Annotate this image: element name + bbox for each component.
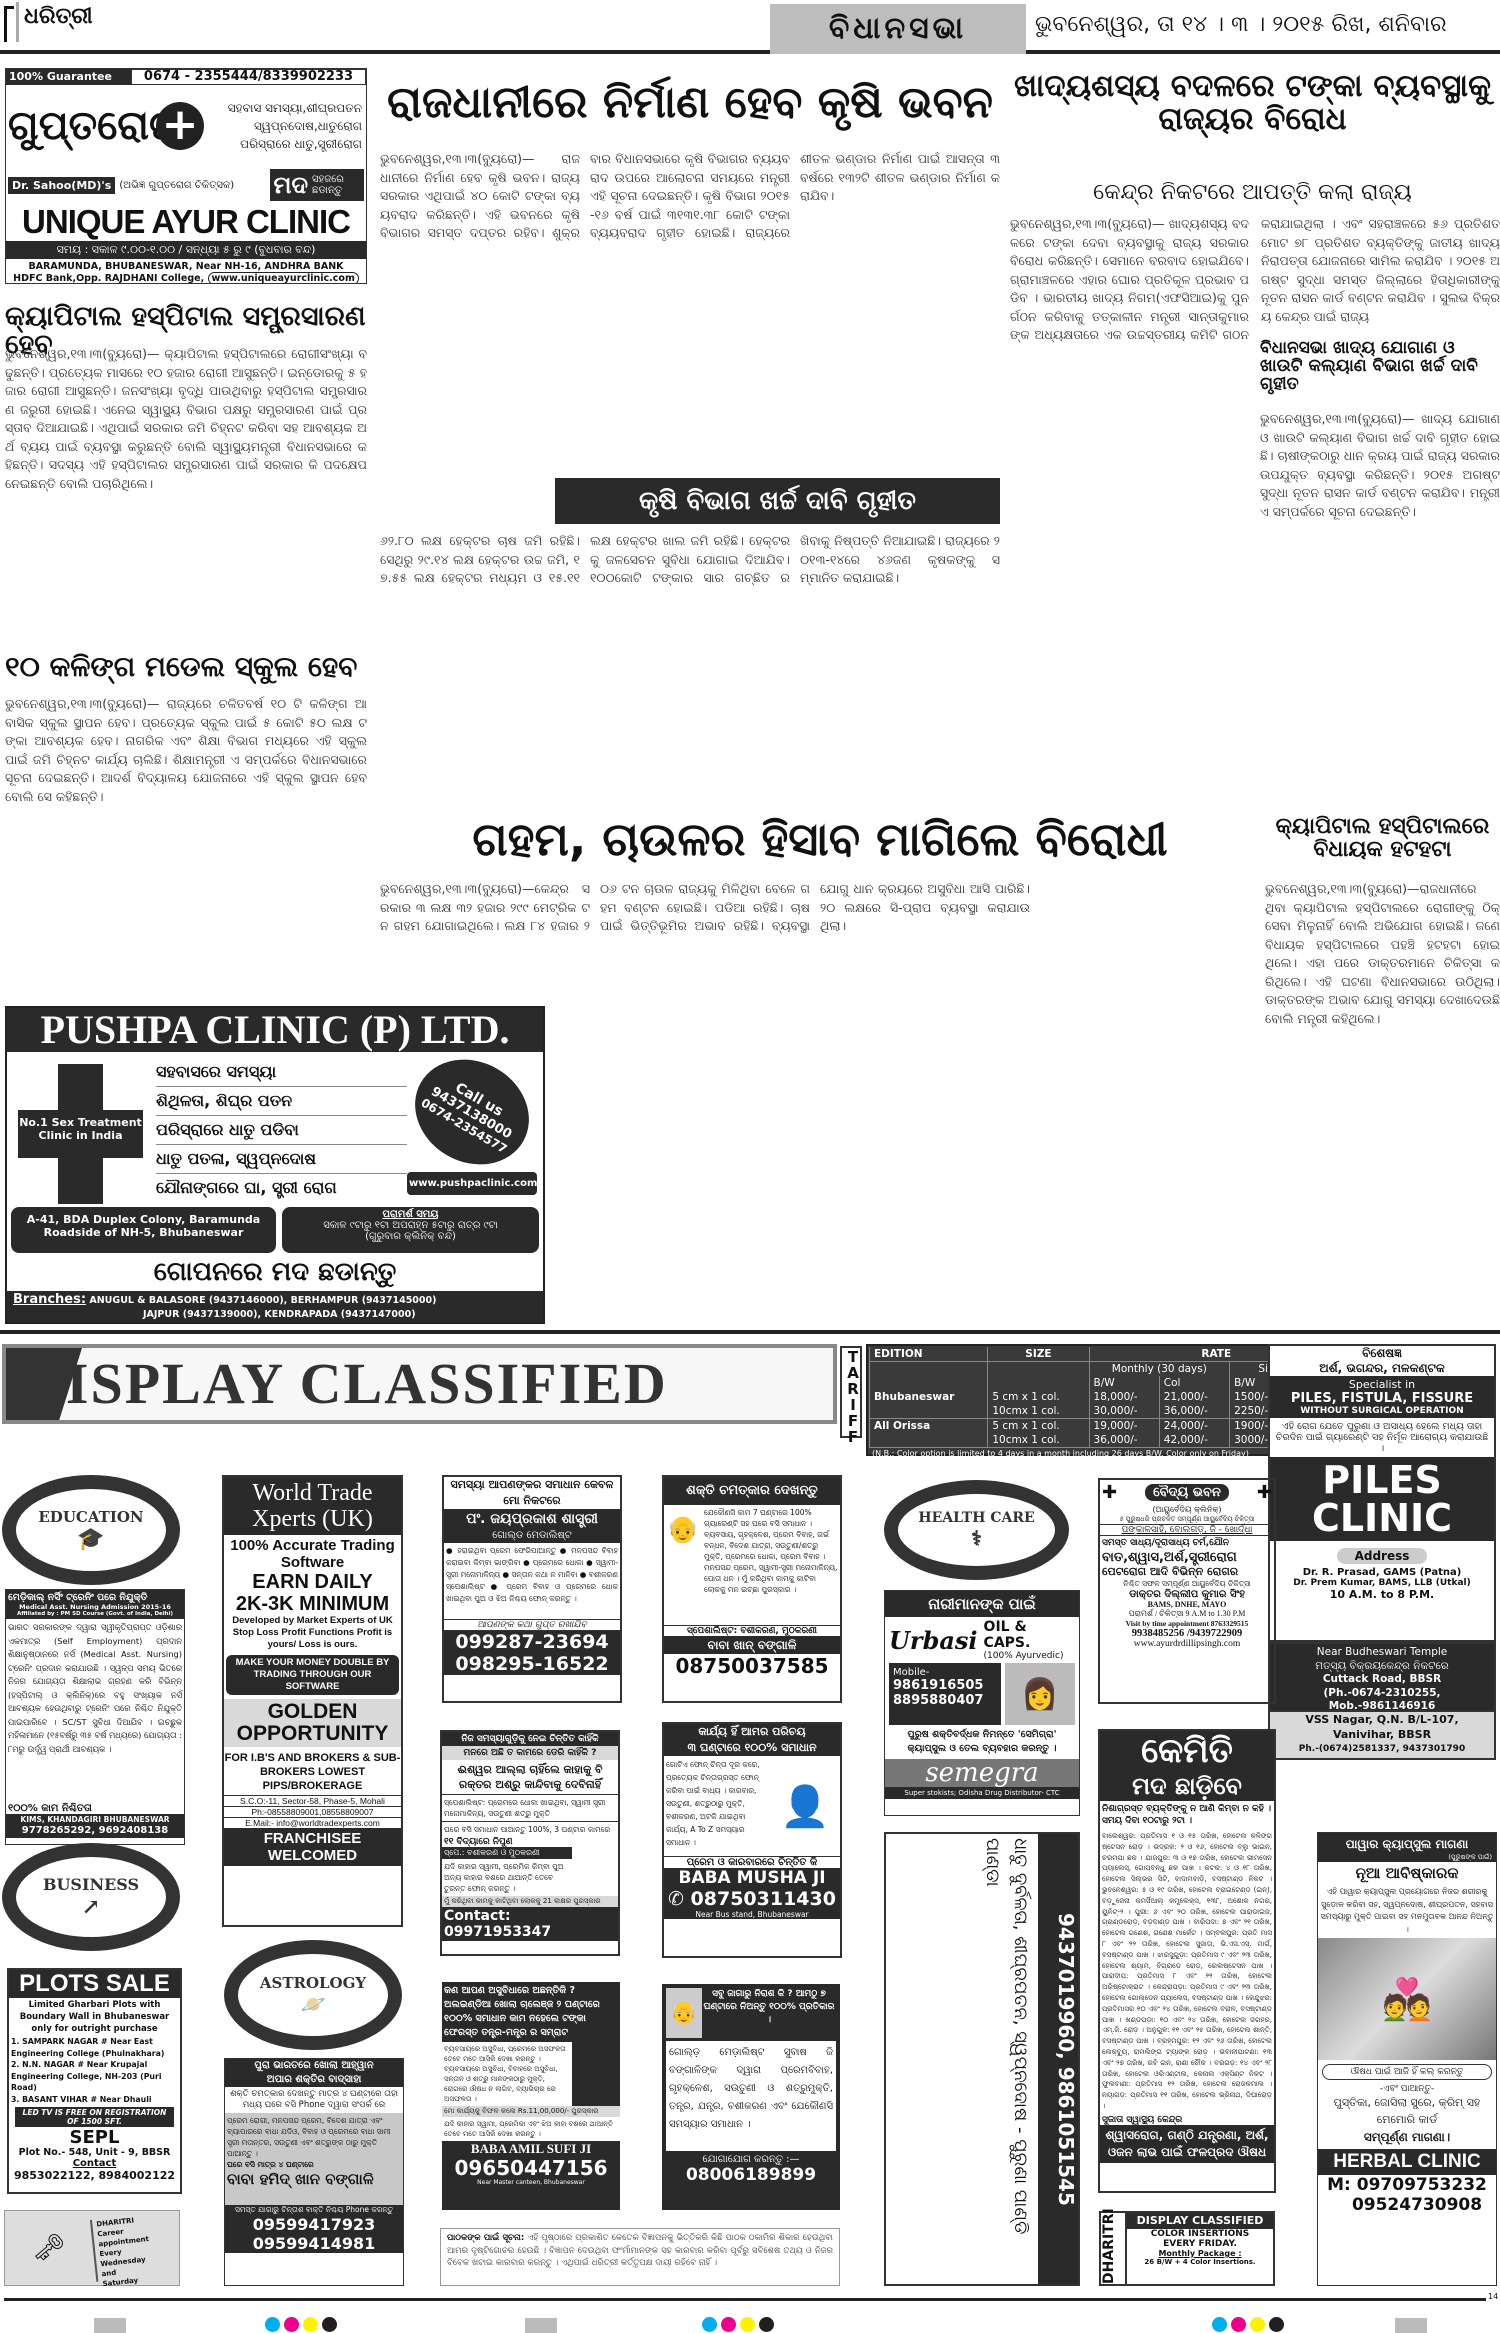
subtitle-1: (ଆୟୁର୍ବେଦିୟ କ୍ଲିନିକ୍) <box>1100 1505 1274 1515</box>
vss-line: Vanivihar, BBSR <box>1270 1727 1494 1742</box>
footer-rule <box>4 2298 1486 2301</box>
cmyk-dots <box>702 2317 774 2332</box>
cell: 30,000/- <box>1089 1404 1159 1419</box>
woman-photo-icon: 👩 <box>1005 1663 1075 1725</box>
title: PUSHPA CLINIC (P) LTD. <box>7 1008 543 1052</box>
slogan: ଗୋପନରେ ମଦ ଛଡାନ୍ତୁ <box>7 1253 543 1291</box>
ad-line: ବିଶେଷଜ୍ଞ <box>1270 1346 1494 1361</box>
ad-line: Specialist in <box>1272 1378 1492 1391</box>
body: ବ୍ୟବସାୟରେ ଅସୁବିଧା, ପ୍ରେମରେ ଅସଫଳତା ତେବେ ମ… <box>442 2042 572 2106</box>
headline-food-grain: ଖାଦ୍ୟଶସ୍ୟ ବଦଳରେ ଟଙ୍କା ବ୍ୟବସ୍ଥାକୁ ରାଜ୍ୟର … <box>1005 70 1500 135</box>
product: OIL & CAPS. <box>984 1619 1075 1651</box>
intro: ନିଶାଗ୍ରସ୍ତ ବ୍ୟକ୍ତିଙ୍କୁ ନ ଆଣି କିମ୍ବା ନ କହ… <box>1100 1801 1274 1829</box>
article-capital-hospital-mla: ଭୁବନେଶ୍ୱର,୧୩।୩(ବ୍ୟୁରୋ)—ରାଜଧାନୀରେ ଥିବା କ୍… <box>1265 880 1500 1310</box>
caduceus-icon: ⚕ <box>971 1526 982 1550</box>
name: BABA AMIL SUFI JI <box>442 2141 620 2157</box>
piles-vss-address: VSS Nagar, Q.N. B/L-107, Vanivihar, BBSR… <box>1268 1712 1496 1760</box>
dateline: ଭୁବନେଶ୍ୱର, ତା ୧୪ । ୩ । ୨୦୧୫ ରିଖ, ଶନିବାର <box>1035 12 1447 37</box>
th-edition: EDITION <box>870 1347 988 1362</box>
cmyk-dots <box>265 2317 337 2332</box>
mobile-label: Mobile- <box>893 1667 997 1678</box>
line-3: Monthly Package : <box>1127 2249 1273 2258</box>
cell: 24,000/- <box>1159 1419 1229 1434</box>
body: ବାଲେଶ୍ୱର: ପ୍ରତିମାସ ୧ ଓ ୧୫ ତାରିଖ, ହୋଟେଲ କ… <box>1100 1829 1274 2115</box>
title-sub: (ପୁରୁଷଙ୍କ ପାଇଁ) <box>1318 1853 1496 1862</box>
emblem-label: HEALTH CARE <box>918 1510 1034 1526</box>
title-1: ପୁରା ଭାରତରେ ଖୋଲା ଆହ୍ୱାନ <box>225 2059 403 2073</box>
registration-swatch <box>94 2318 126 2333</box>
subtitle: ମଦ ଛାଡ଼ିବେ <box>1100 1771 1274 1801</box>
ad-line: ସ୍ୱପ୍ନଦୋଷ,ଧାତୁରୋଗ <box>208 117 362 135</box>
cell: 5 cm x 1 col. <box>988 1390 1089 1404</box>
phone-2: 09524730908 <box>1318 2195 1496 2215</box>
cell: 42,000/- <box>1159 1433 1229 1447</box>
phone-2: 098295-16522 <box>444 1653 620 1675</box>
body: ଏହି ପାୱାର କ୍ୟାପ୍‌ସୁଲ ପ୍ରୟୋଗରେ ନିଜର ଶରୀରକ… <box>1318 1884 1496 1938</box>
phone: Contact: 09971953347 <box>442 1907 618 1941</box>
cell: 10cmx 1 col. <box>988 1404 1089 1419</box>
banner-display-classified: DISPLAY CLASSIFIED <box>2 1344 837 1424</box>
article-capital-hospital: ଭୁବନେଶ୍ୱର,୧୩।୩(ବ୍ୟୁରୋ)— କ୍ୟାପିଟାଲ ହସ୍ପିଟ… <box>5 345 367 645</box>
cell: 10cmx 1 col. <box>988 1433 1089 1447</box>
line-1: ସମସ୍ତ ସାଧ୍ୟ/ଦୂରାସାଧ୍ୟ ଚର୍ମ,ଯୌନ <box>1100 1536 1274 1550</box>
reader-notice: ପାଠକଙ୍କ ପାଇଁ ସୂଚନା: ଏହି ପୃଷ୍ଠାରେ ପ୍ରକାଶି… <box>440 2228 840 2286</box>
specialist: ସ୍ପେଶାଲିଷ୍ଟ: ପ୍ରେମରେ ଧୋକା ଖାଇଥିବା, ସ୍ୱାମ… <box>442 1794 618 1821</box>
th-bw: B/W <box>1089 1376 1159 1390</box>
header-divider <box>16 2 19 42</box>
subhead-krushi-expense: କୃଷି ବିଭାଗ ଖର୍ଚ୍ଚ ଦାବି ଗୃହୀତ <box>555 478 1000 524</box>
saint-portrait-icon: 👴 <box>664 1505 702 1555</box>
branches-label: Branches: <box>13 1292 86 1307</box>
th-monthly: Monthly (30 days) <box>1089 1362 1230 1377</box>
planets-icon: 🪐 <box>301 1992 326 2016</box>
th-col: Col <box>1159 1376 1229 1390</box>
location: Near Bus stand, Bhubaneswar <box>664 1910 840 1919</box>
article-food-expense: ଭୁବନେଶ୍ୱର,୧୩।୩(ବ୍ୟୁରୋ)— ଖାଦ୍ୟ ଯୋଗାଣ ଓ ଖା… <box>1260 410 1500 790</box>
ad-piles-clinic: ବିଶେଷଜ୍ଞ ଅର୍ଶ, ଭଗନ୍ଦର, ମଳକଣ୍ଟକ Specialis… <box>1268 1344 1496 1642</box>
title: ପାୱାର କ୍ୟାପ୍‌ସୁଲ ମାଗଣା <box>1318 1833 1496 1853</box>
ad-baba-musha-ji: କାର୍ଯ୍ୟ ହିଁ ଆମର ପରିଚୟ ୩ ଘଣ୍ଟାରେ ୧୦୦% ସମା… <box>662 1722 842 1958</box>
title-piles: PILES <box>1270 1461 1494 1499</box>
ad-baba-khan-bangali: ଶକ୍ତି ଚମତ୍କାର ଦେଖନ୍ତୁ 👴 ଯେକୌଣସି କାମ 7 ଘଣ… <box>662 1475 842 1703</box>
ad-line: ଧାତୁ ପତଳା, ସ୍ୱପ୍ନଦୋଷ <box>156 1145 407 1174</box>
section-title: ବିଧାନସଭା <box>770 4 1026 54</box>
contact-label: ଯୋଗାଯୋଗ କରନ୍ତୁ :— <box>666 2154 836 2165</box>
ad-kemiti-mada: କେମିତି ମଦ ଛାଡ଼ିବେ ନିଶାଗ୍ରସ୍ତ ବ୍ୟକ୍ତିଙ୍କୁ… <box>1098 1729 1276 2193</box>
ad-line: ଯୌନାଙ୍ଗରେ ଘା, ସ୍ତ୍ରୀ ରୋଗ <box>156 1174 407 1202</box>
cell: Bhubaneswar <box>870 1390 988 1404</box>
guarantee-label: 100% Guarantee <box>6 69 131 85</box>
ad-body: ଏହି ରୋଗ ଯେତେ ପୁରୁଣା ଓ ଅସାଧ୍ୟ ହେଲେ ମଧ୍ୟ ତ… <box>1270 1418 1494 1457</box>
location: Near Master canteen, Bhubaneswar <box>442 2179 620 2186</box>
consult-closed: (ଗୁରୁବାର କ୍ଲିନିକ୍ ବନ୍ଦ) <box>284 1231 537 1242</box>
and-text: -ଏବଂ ପାଆନ୍ତୁ- <box>1318 2084 1496 2094</box>
couple-photo-icon: 💑 <box>1318 1938 1496 2060</box>
section-rule <box>0 1330 1500 1334</box>
cyan-dot <box>265 2317 280 2332</box>
website-link[interactable]: www.uniqueayurclinic.com <box>208 272 359 284</box>
product-sub: (100% Ayurvedic) <box>984 1651 1075 1661</box>
article-kalinga-school: ଭୁବନେଶ୍ୱର,୧୩।୩(ବ୍ୟୁରୋ)— ରାଜ୍ୟରେ ଚଳିତବର୍ଷ… <box>5 695 367 995</box>
ad-line: ସହବାସ ସମସ୍ୟା,ଶୀଘ୍ରପତନ <box>208 99 362 117</box>
vss-line: VSS Nagar, Q.N. B/L-107, <box>1270 1712 1494 1727</box>
place: ପଙ୍କାଳସାହି, ବୋଲଗଡ଼, ଜି - ଖୋର୍ଦ୍ଧା <box>1100 1525 1274 1536</box>
location-line: Cuttack Road, BBSR <box>1270 1673 1494 1687</box>
plus-icon: ✚ <box>1257 1482 1272 1503</box>
yellow-dot <box>303 2317 318 2332</box>
article-krushi-expense: ୬୨.୮୦ ଲକ୍ଷ ହେକ୍ଟର ଚାଷ ଜମି ରହିଛି। ସେଥିରୁ … <box>380 532 1000 792</box>
free-items: ପୁସ୍ତିକା, ଜୋସିଲା ସ୍ପ୍ରେ, କ୍ରିମ୍ ସହ ମେମୋର… <box>1318 2094 1496 2128</box>
cell: All Orissa <box>870 1419 988 1434</box>
phone-1: 09599417923 <box>225 2215 403 2234</box>
title-1: କାର୍ଯ୍ୟ ହିଁ ଆମର ପରିଚୟ <box>664 1724 840 1740</box>
ad-pushpa-clinic: PUSHPA CLINIC (P) LTD. No.1 Sex Treatmen… <box>5 1006 545 1324</box>
cyan-dot <box>702 2317 717 2332</box>
company: SEPL <box>9 2129 180 2147</box>
description: Developed by Market Experts of UK Stop L… <box>224 1615 401 1651</box>
phone: 08750037585 <box>664 1654 840 1678</box>
phone-1: M: 09709753232 <box>1318 2175 1496 2195</box>
black-dot <box>322 2317 337 2332</box>
cross-text: No.1 Sex Treatment Clinic in India <box>18 1110 143 1158</box>
notice-label: ପାଠକଙ୍କ ପାଇଁ ସୂଚନା: <box>447 2233 524 2243</box>
line-4: 26 B/W + 4 Color Insertions. <box>1127 2258 1273 2266</box>
yellow-dot <box>740 2317 755 2332</box>
ad-unique-ayur-clinic: 100% Guarantee 0674 - 2355444/8339902233… <box>5 68 367 284</box>
cross-icon: + <box>156 102 204 150</box>
consult-time: ସକାଳ ୯ଟାରୁ ୧ଟା ଅପରାହ୍ନ ୫ଟାରୁ ରାତ୍ର ୯ଟା <box>284 1220 537 1231</box>
location-line: ମତ୍ସ୍ୟ ବିକ୍ରୟକେନ୍ଦ୍ର ନିକଟରେ <box>1270 1660 1494 1674</box>
doctor-2: Dr. Prem Kumar, BAMS, LLB (Utkal) <box>1270 1578 1494 1588</box>
website-link[interactable]: www.ayurdrdillipsingh.com <box>1100 1639 1274 1649</box>
brand-logo: ଧରିତ୍ରୀ <box>24 4 93 29</box>
baba-portrait-icon: 👤 <box>770 1756 840 1856</box>
golden-opportunity: GOLDEN OPPORTUNITY <box>224 1699 401 1747</box>
specialist: ସ୍ପେଶାଲିଷ୍ଟ: ବଶୀକରଣ, ମୁଠକରଣୀ <box>664 1625 840 1636</box>
doctor-1: Dr. R. Prasad, GAMS (Patna) <box>1270 1567 1494 1578</box>
phones: 9778265292, 9692408138 <box>6 1825 184 1838</box>
ad-line: ସହବାସରେ ସମସ୍ୟା <box>156 1058 407 1087</box>
ad-line: ଶିଥିଳତା, ଶିଘ୍ର ପତନ <box>156 1087 407 1116</box>
phone-1: 099287-23694 <box>444 1631 620 1653</box>
cyan-dot <box>1212 2317 1227 2332</box>
specialist-2: ସ୍ପେ.: ବଶୀକରଣ ଓ ମୁଠକରଣୀ <box>442 1847 572 1859</box>
footer: FRANCHISEE WELCOMED <box>224 1828 401 1866</box>
sub-2: Affiliated by : PM SD Course (Govt. of I… <box>8 1611 182 1617</box>
branches-line-1: ANUGUL & BALASORE (9437146000), BERHAMPU… <box>89 1295 436 1306</box>
plot-item: 3. BASANT VIHAR # Near Dhauli <box>11 2094 178 2106</box>
astrology-emblem: ASTROLOGY 🪐 <box>224 1940 402 2050</box>
phones: 9938485256 /9439722909 <box>1100 1628 1274 1639</box>
key-icon: 🗝 <box>5 2211 93 2285</box>
cell <box>870 1404 988 1419</box>
name: ବାବା ଖାନ୍ ବଙ୍ଗାଳି <box>664 1636 840 1654</box>
line-2: ବାତ,ଶ୍ୱାସ,ଅର୍ଶ,ସ୍ତ୍ରୀରୋଗ <box>1100 1550 1274 1565</box>
branches-line-2: JAJPUR (9437139000), KENDRAPADA (9437147… <box>13 1309 416 1320</box>
ad-vaidya-bhawan: ✚ ବୈଦ୍ୟ ଭବନ ✚ (ଆୟୁର୍ବେଦିୟ କ୍ଲିନିକ୍) ୫ ପୁ… <box>1098 1478 1276 1704</box>
name: ପଂ. ଜୟପ୍ରକାଶ ଶାସ୍ତ୍ରୀ <box>444 1509 620 1529</box>
email-link[interactable]: E.Mail:- info@worldtradexperts.com <box>224 1817 401 1828</box>
cmyk-dots <box>1212 2317 1284 2332</box>
ad-contact-09971953347: ନିଜ ସମସ୍ୟାଗୁଡ଼ିକୁ ନେଇ ଚିନ୍ତିତ କାହିଁକି ମନ… <box>440 1730 620 1956</box>
money-double: MAKE YOUR MONEY DOUBLE BY TRADING THROUG… <box>226 1655 399 1695</box>
intro: Limited Gharbari Plots with Boundary Wal… <box>9 1998 180 2036</box>
footer: KIMS, KHANDAGIRI BHUBANESWAR <box>6 1814 184 1825</box>
title-2: ଅପାର ଶକ୍ତିର ବାଦ୍‌ସାହା <box>225 2073 403 2087</box>
body: ଯେକୌଣସି କାମ 7 ଘଣ୍ଟାରେ 100% ଗ୍ୟାରେଣ୍ଟି ସହ… <box>702 1505 840 1625</box>
mada-sub: ସହଜରେ ଛଡାନ୍ତୁ <box>312 174 360 196</box>
headline-food-expense: ବିଧାନସଭା ଖାଦ୍ୟ ଯୋଗାଣ ଓ ଖାଉଟି କଲ୍ୟାଣ ବିଭା… <box>1260 340 1500 394</box>
clinic-name: HERBAL CLINIC <box>1318 2149 1496 2175</box>
ad-line: ପରିସ୍ରାରେ ଧାତୁ ପଡିବା <box>156 1116 407 1145</box>
body: ପ୍ରେମ ରୋଗୀ, ମନପସନ୍ଦ ପ୍ରେମ, ବିଦେଶ ଯାତ୍ରା … <box>227 2115 401 2159</box>
graduation-cap-icon: 🎓 <box>77 1526 104 1552</box>
website-link[interactable]: www.pushpaclinic.com <box>407 1172 537 1195</box>
subtitle: ଗୋଲ୍ଡ ମେଡାଲିଷ୍ଟ <box>444 1529 620 1543</box>
subtitle-2: ୫ ପୁରୁଷଧରି ପ୍ରଚଳିତ ସମ୍ପୂର୍ଣ୍ଣ ଆୟୁର୍ବେଦିୟ… <box>1100 1515 1274 1525</box>
page-number: 14 <box>1488 2292 1498 2301</box>
ad-vertical-odia: ଧାତୁ ଦୁର୍ବଳତା, ଶୀଘ୍ରପତନ, ସ୍ୱପ୍ନଦୋଷ - ପୁର… <box>884 1832 1080 2286</box>
saint-portrait-icon: 👴 <box>666 1988 702 2038</box>
education-emblem: EDUCATION 🎓 <box>2 1475 180 1585</box>
tariff-label: TARIFF <box>840 1346 862 1438</box>
body: ଭାରତ ସରକାରଙ୍କ ଦ୍ୱାରା ସ୍ୱୀକୃତିପ୍ରାପ୍ତ ଓଡ଼… <box>6 1619 184 1803</box>
headline-kalinga-school: ୧୦ କଳିଙ୍ଗ ମଡେଲ ସ୍କୁଲ ହେବ <box>5 652 367 681</box>
side-label: DHARITRI <box>1101 2213 1127 2284</box>
plot-item: 1. SAMPARK NAGAR # Near East Engineering… <box>11 2036 178 2059</box>
location-line: (Ph.-0674-2310255, <box>1270 1687 1494 1701</box>
whatsapp-icon: ✆ <box>668 1888 691 1910</box>
title: World Trade Xperts (UK) <box>224 1477 401 1535</box>
emblem-label: ASTROLOGY <box>260 1974 366 1992</box>
ad-display-classified-box: DHARITRI DISPLAY CLASSIFIED COLOR INSERT… <box>1099 2211 1275 2286</box>
phone-1: 9861916505 <box>893 1678 997 1693</box>
line: ଘରେ ବସି ସମାଧାନ ପାଆନ୍ତୁ 100%, 3 ଘଣ୍ଟାର କା… <box>442 1821 618 1837</box>
expert: ୧୧ ବିଦ୍ୟାରେ ନିପୁଣ <box>442 1837 618 1847</box>
ad-line: ଅର୍ଶ, ଭଗନ୍ଦର, ମଳକଣ୍ଟକ <box>1270 1361 1494 1376</box>
timing: ପରାମର୍ଶ / ଚିକିତ୍ସା 9 A.M to 1.30 P.M <box>1100 1609 1274 1619</box>
piles-location: Near Budheswari Temple ମତ୍ସ୍ୟ ବିକ୍ରୟକେନ୍… <box>1268 1642 1496 1712</box>
headline-krushi-bhawan: ରାଜଧାନୀରେ ନିର୍ମାଣ ହେବ କୃଷି ଭବନ <box>380 80 1000 126</box>
time: ଘରେ ବସି ମାତ୍ର ୪ ଘଣ୍ଟାରେ <box>227 2159 401 2170</box>
ad-nursing: ମେଡ଼ିକାଲ୍ ନର୍ସିଂ ଟ୍ରେନିଂ ପରେ ନିଯୁକ୍ତି Me… <box>5 1589 185 1845</box>
yellow-dot <box>1250 2317 1265 2332</box>
reward: ମୋ କାର୍ଯ୍ୟକୁ ବିଫଳ କଲେ Rs.11,00,000/- ପୁର… <box>442 2106 620 2117</box>
title: DISPLAY CLASSIFIED <box>1127 2213 1273 2229</box>
ad-line: ପରିସ୍ରାରେ ଧାତୁ,ସ୍ତ୍ରୀରୋଗ <box>208 135 362 153</box>
title: ଶକ୍ତି ଚମତ୍କାର ଦେଖନ୍ତୁ <box>664 1477 840 1505</box>
consult-title: ପରାମର୍ଶ ସମୟ <box>284 1209 537 1220</box>
line-1: COLOR INSERTIONS <box>1127 2229 1273 2239</box>
body: ପୁରୁଷ ଶକ୍ତିବର୍ଦ୍ଧକ ନିମନ୍ତେ 'ସେମିଗ୍ରା' କ୍… <box>885 1725 1079 1759</box>
emblem-label: EDUCATION <box>38 1508 143 1526</box>
address: A-41, BDA Duplex Colony, Baramunda Roads… <box>11 1207 276 1253</box>
emblem-label: BUSINESS <box>43 1875 139 1894</box>
clinic-name: UNIQUE AYUR CLINIC <box>6 203 366 241</box>
title: ମେଡ଼ିକାଲ୍ ନର୍ସିଂ ଟ୍ରେନିଂ ପରେ ନିଯୁକ୍ତି <box>8 1592 182 1603</box>
title: କେମିତି <box>1100 1731 1274 1771</box>
subhead-food-grain: କେନ୍ଦ୍ର ନିକଟରେ ଆପତ୍ତି କଲା ରାଜ୍ୟ <box>1005 180 1500 205</box>
appointment: Visit by time appointment 8763329515 <box>1100 1619 1274 1628</box>
article-krushi-bhawan: ଭୁବନେଶ୍ୱର,୧୩।୩(ବ୍ୟୁରୋ)— ରାଜଧାନୀରେ ନିର୍ମା… <box>380 150 1000 480</box>
black-dot <box>759 2317 774 2332</box>
title: ବୈଦ୍ୟ ଭବନ <box>1145 1484 1229 1501</box>
location-line: Near Budheswari Temple <box>1270 1646 1494 1660</box>
address-label: Address <box>1337 1548 1428 1564</box>
name: BABA MUSHA JI <box>664 1868 840 1888</box>
banner-text: DISPLAY CLASSIFIED <box>6 1348 841 1420</box>
headline-capital-hospital-mla: କ୍ୟାପିଟାଲ ହସ୍ପିଟାଲରେ ବିଧାୟକ ହଟହଟା <box>1265 815 1500 861</box>
ad-baba-amil-sufi: କଣ ଆପଣ ଅସୁବିଧାରେ ଅଛନ୍ତିକି ? ଅଲଇଣ୍ଡିଆ ଖୋଲ… <box>442 1982 620 2210</box>
vertical-text: ଧାତୁ ଦୁର୍ବଳତା, ଶୀଘ୍ରପତନ, ସ୍ୱପ୍ନଦୋଷ - ପୁର… <box>886 1834 1038 2284</box>
registration-swatch <box>1395 2318 1427 2333</box>
cell: 19,000/- <box>1089 1419 1159 1434</box>
chart-arrow-icon: ↗ <box>82 1894 100 1920</box>
plot-item: 2. N.N. NAGAR # Near Krupajal Engineerin… <box>11 2059 178 2094</box>
degrees: BAMS, DNHE, MAYO <box>1100 1600 1274 1609</box>
cell: 18,000/- <box>1089 1390 1159 1404</box>
cell: 36,000/- <box>1159 1404 1229 1419</box>
ad-world-trade-xperts: World Trade Xperts (UK) 100% Accurate Tr… <box>222 1475 403 1927</box>
contact-label: Contact <box>9 2158 180 2169</box>
title: ନିଜ ସମସ୍ୟାଗୁଡ଼ିକୁ ନେଇ ଚିନ୍ତିତ କାହିଁକି <box>442 1732 618 1746</box>
cell: 21,000/- <box>1159 1390 1229 1404</box>
ad-baba-hamid-khan: ପୁରା ଭାରତରେ ଖୋଲା ଆହ୍ୱାନ ଅପାର ଶକ୍ତିର ବାଦ୍… <box>224 2058 404 2286</box>
secret-note: ଆପଣଙ୍କ କଥା ଗୁପ୍ତ ରଖାଯିବ <box>444 1619 620 1631</box>
ad-herbal-clinic: ପାୱାର କ୍ୟାପ୍‌ସୁଲ ମାଗଣା (ପୁରୁଷଙ୍କ ପାଇଁ) ନ… <box>1317 1832 1497 2286</box>
magenta-dot <box>1231 2317 1246 2332</box>
quote: ଈଶ୍ୱର ଆଲ୍ଲା ଚାହିଁଲେ କାହାକୁ ବି ରକ୍ତର ଅଶ୍ର… <box>442 1760 618 1794</box>
doctor: ଡାକ୍ତର ଦିଲ୍ଲୀପ କୁମାର ସିଂହ <box>1100 1589 1274 1600</box>
call-badge: Call us 9437138000 0674-2354577 <box>396 1039 545 1185</box>
brand: Urbasi <box>889 1626 978 1655</box>
phone: 08006189899 <box>666 2165 836 2185</box>
phone-2: 09599414981 <box>225 2234 403 2253</box>
headline: ନୂଆ ଆବିଷ୍କାରକ <box>1318 1862 1496 1884</box>
magenta-dot <box>284 2317 299 2332</box>
magenta-dot <box>721 2317 736 2332</box>
doctor-odia: (ଅଭିଜ୍ଞ ଗୁପ୍ତରୋଗ ଚିକିତ୍ସକ) <box>119 180 234 191</box>
doctor-name: Dr. Sahoo(MD)'s <box>8 177 115 194</box>
headline-wheat-rice: ଗହମ, ଚାଉଳର ହିସାବ ମାଗିଲେ ବିରୋଧୀ <box>380 815 1260 863</box>
address-line-2: HDFC Bank,Opp. RAJDHANI College, <box>13 273 204 284</box>
title-2: ୩ ଘଣ୍ଟାରେ ୧୦୦% ସମାଧାନ <box>664 1740 840 1756</box>
line-4: ନିଶ୍ଚିତ ସଫଳ ସମ୍ପୂର୍ଣ୍ଣ ଆୟୁର୍ବେଦିୟ ଚିକିତ୍… <box>1100 1579 1274 1589</box>
semegra-logo: semegra <box>885 1759 1079 1787</box>
title-odia: ଗୁପ୍ତରୋଗ <box>6 103 156 149</box>
guarantee: ୧୦୦% କାମ ନିଶ୍ଚିତତା <box>6 1803 184 1814</box>
cell: 36,000/- <box>1089 1433 1159 1447</box>
minimum: 2K-3K MINIMUM <box>224 1593 401 1615</box>
body: ଗୋଲ୍ଡ଼ ମେଡ଼ାଲିଷ୍ଟ ସୁବାଷ ଜି ବଙ୍ଗାଳିଙ୍କ ଦ୍… <box>666 2041 836 2151</box>
vss-line: Ph.-(0674)2581337, 9437301790 <box>1270 1742 1494 1757</box>
health-care-emblem: HEALTH CARE ⚕ <box>884 1480 1069 1580</box>
plus-icon: ✚ <box>1102 1482 1117 1503</box>
timing: ସମୟ : ସକାଳ ୯.୦୦-୧.୦୦ / ସନ୍ଧ୍ୟା ୫ ରୁ ୯ (ବ… <box>6 241 366 259</box>
mada-text: ମଦ <box>274 171 308 199</box>
address: S.C.O:-11, Sector-58, Phase-5, Mohali <box>224 1795 401 1806</box>
sub-1: Medical Asst. Nursing Admission 2015-16 <box>8 1603 182 1611</box>
title: ସମସ୍ୟା ଆପଣଙ୍କର ସମାଧାନ କେବଳ ମୋ ନିକଟରେ <box>444 1477 620 1509</box>
reward: ମୁଁ କରିଥିବା କାମକୁ କାଟିଥିବା ଲୋକକୁ 21 ଲକ୍ଷ… <box>442 1896 618 1907</box>
title: ସବୁ ଜାଗାରୁ ନିରାଶ କି ? ଆମଠୁ ୭ ଘଣ୍ଟାରେ ନିଅ… <box>702 1988 836 2038</box>
registration-swatch <box>525 2318 557 2333</box>
header-rule-right <box>1026 50 1500 54</box>
title-clinic: CLINIC <box>1270 1499 1494 1537</box>
body: ● ହରାଇଥିବା ପ୍ରେମ ଫେରିପାଆନ୍ତୁ ● ମନପସନ୍ଦ ବ… <box>444 1543 620 1619</box>
phone-2: 8895880407 <box>893 1693 997 1708</box>
vertical-phones: 9437019960, 9861051545 <box>1038 1834 1078 2284</box>
footer: ଶ୍ୱାସରୋଗ, ଗଣ୍ଠି ଯନ୍ତ୍ରଣା, ଅର୍ଶ, ଓଜନ ଲାଭ … <box>1100 2125 1274 2163</box>
subtitle: ମନରେ ଅଛି ତ କାମରେ ଡେରି କାହିଁକି ? <box>442 1746 618 1760</box>
phone: 0674 - 2355444/8339902233 <box>131 69 366 85</box>
call-text: ଔଷଧ ପାଇଁ ଆଜି ହିଁ କଲ୍ କରନ୍ତୁ <box>1322 2064 1492 2080</box>
th-size: SIZE <box>988 1347 1089 1362</box>
footer: Super stokists; Odisha Drug Distributor-… <box>885 1787 1079 1799</box>
title: PLOTS SALE <box>9 1970 180 1998</box>
body-block: ପ୍ରେମ ରୋଗୀ, ମନପସନ୍ଦ ପ୍ରେମ, ବିଦେଶ ଯାତ୍ରା … <box>225 2113 403 2205</box>
phone: 08750311430 <box>691 1888 836 1910</box>
business-emblem: BUSINESS ↗ <box>2 1843 180 1951</box>
ad-line: PILES, FISTULA, FISSURE <box>1272 1391 1492 1406</box>
line-3: ପେଟରୋଗ ଆଦି ବିଭିନ୍ନ ରୋଗର <box>1100 1565 1274 1579</box>
ad-dharitri-career: 🗝 DHARITRI Career appointment Every Wedn… <box>4 2210 180 2286</box>
ad-line: WITHOUT SURGICAL OPERATION <box>1272 1406 1492 1416</box>
phone: Ph:-08558809001,08558809007 <box>224 1806 401 1817</box>
subtitle: ଶକ୍ତି ଚମତ୍କାର ଦେଖନ୍ତୁ ମାତ୍ର ୪ ଘଣ୍ଟାରେ ତା… <box>225 2087 403 2113</box>
cell <box>870 1433 988 1447</box>
ad-jayaprakash-shastri: ସମସ୍ୟା ଆପଣଙ୍କର ସମାଧାନ କେବଳ ମୋ ନିକଟରେ ପଂ.… <box>442 1475 622 1703</box>
name: ବାବା ହମିଦ୍ ଖାନ ବଙ୍ଗାଳି <box>227 2170 401 2188</box>
brokers: FOR I.B'S AND BROKERS & SUB-BROKERS LOWE… <box>224 1751 401 1793</box>
ad-subhash-bangali: 👴 ସବୁ ଜାଗାରୁ ନିରାଶ କି ? ଆମଠୁ ୭ ଘଣ୍ଟାରେ ନ… <box>662 1984 840 2210</box>
phones: 9853022122, 8984002122 <box>9 2169 180 2182</box>
body: ଯଦି କାହାର ସ୍ୱାମୀ, ପ୍ରେମିକ କିମ୍ବା ପୁଅ ଅନ୍… <box>442 1859 572 1896</box>
black-dot <box>1269 2317 1284 2332</box>
call-text: ସମସ୍ତ ଯାଗାରୁ ଚିନ୍ତାଶ ବାକ୍ତି ନିଶ୍ଚୟ Phone… <box>225 2205 403 2215</box>
phone: 09650447156 <box>442 2157 620 2179</box>
body-2: ଯଦି କାହାର ସ୍ୱାମୀ, ପ୍ରେମିକା ଏବଂ ଝିଅ କାହା … <box>442 2117 620 2141</box>
tagline: 100% Accurate Trading Software <box>224 1537 401 1571</box>
center-name: ସୁଜାତା ସ୍ୱାସ୍ଥ୍ୟ କେନ୍ଦ୍ର <box>1100 2115 1274 2125</box>
line-2: EVERY FRIDAY. <box>1127 2239 1273 2249</box>
body: ଗୋଟିଏ ଫୋନ୍ ଚିନ୍ତା ଦୂର କରେ, ପ୍ରତ୍ୟେକ ଚିନ୍… <box>664 1756 770 1856</box>
page-number-mark <box>4 6 14 42</box>
address: Plot No.- 548, Unit - 9, BBSR <box>9 2147 180 2158</box>
ad-plots-sale: PLOTS SALE Limited Gharbari Plots with B… <box>7 1968 182 2194</box>
title: କଣ ଆପଣ ଅସୁବିଧାରେ ଅଛନ୍ତିକି ? ଅଲଇଣ୍ଡିଆ ଖୋଲ… <box>442 1982 620 2042</box>
ad-urbasi-semegra: ନାରୀମାନଙ୍କ ପାଇଁ Urbasi OIL & CAPS. (100%… <box>884 1590 1080 1816</box>
cell: 5 cm x 1 col. <box>988 1419 1089 1434</box>
hours: 10 A.M. to 8 P.M. <box>1270 1588 1494 1601</box>
free-label: ସମ୍ପୂର୍ଣ୍ଣ ମାଗଣା। <box>1318 2128 1496 2146</box>
header-rule-left <box>0 50 770 54</box>
title: ନାରୀମାନଙ୍କ ପାଇଁ <box>885 1591 1079 1617</box>
offer: LED TV IS FREE ON REGISTRATION OF 1500 S… <box>15 2107 174 2127</box>
subtitle: ପ୍ରେମ ଓ କାରବାରରେ ଚିନ୍ତିତ କି <box>664 1856 840 1868</box>
earn-daily: EARN DAILY <box>224 1571 401 1593</box>
